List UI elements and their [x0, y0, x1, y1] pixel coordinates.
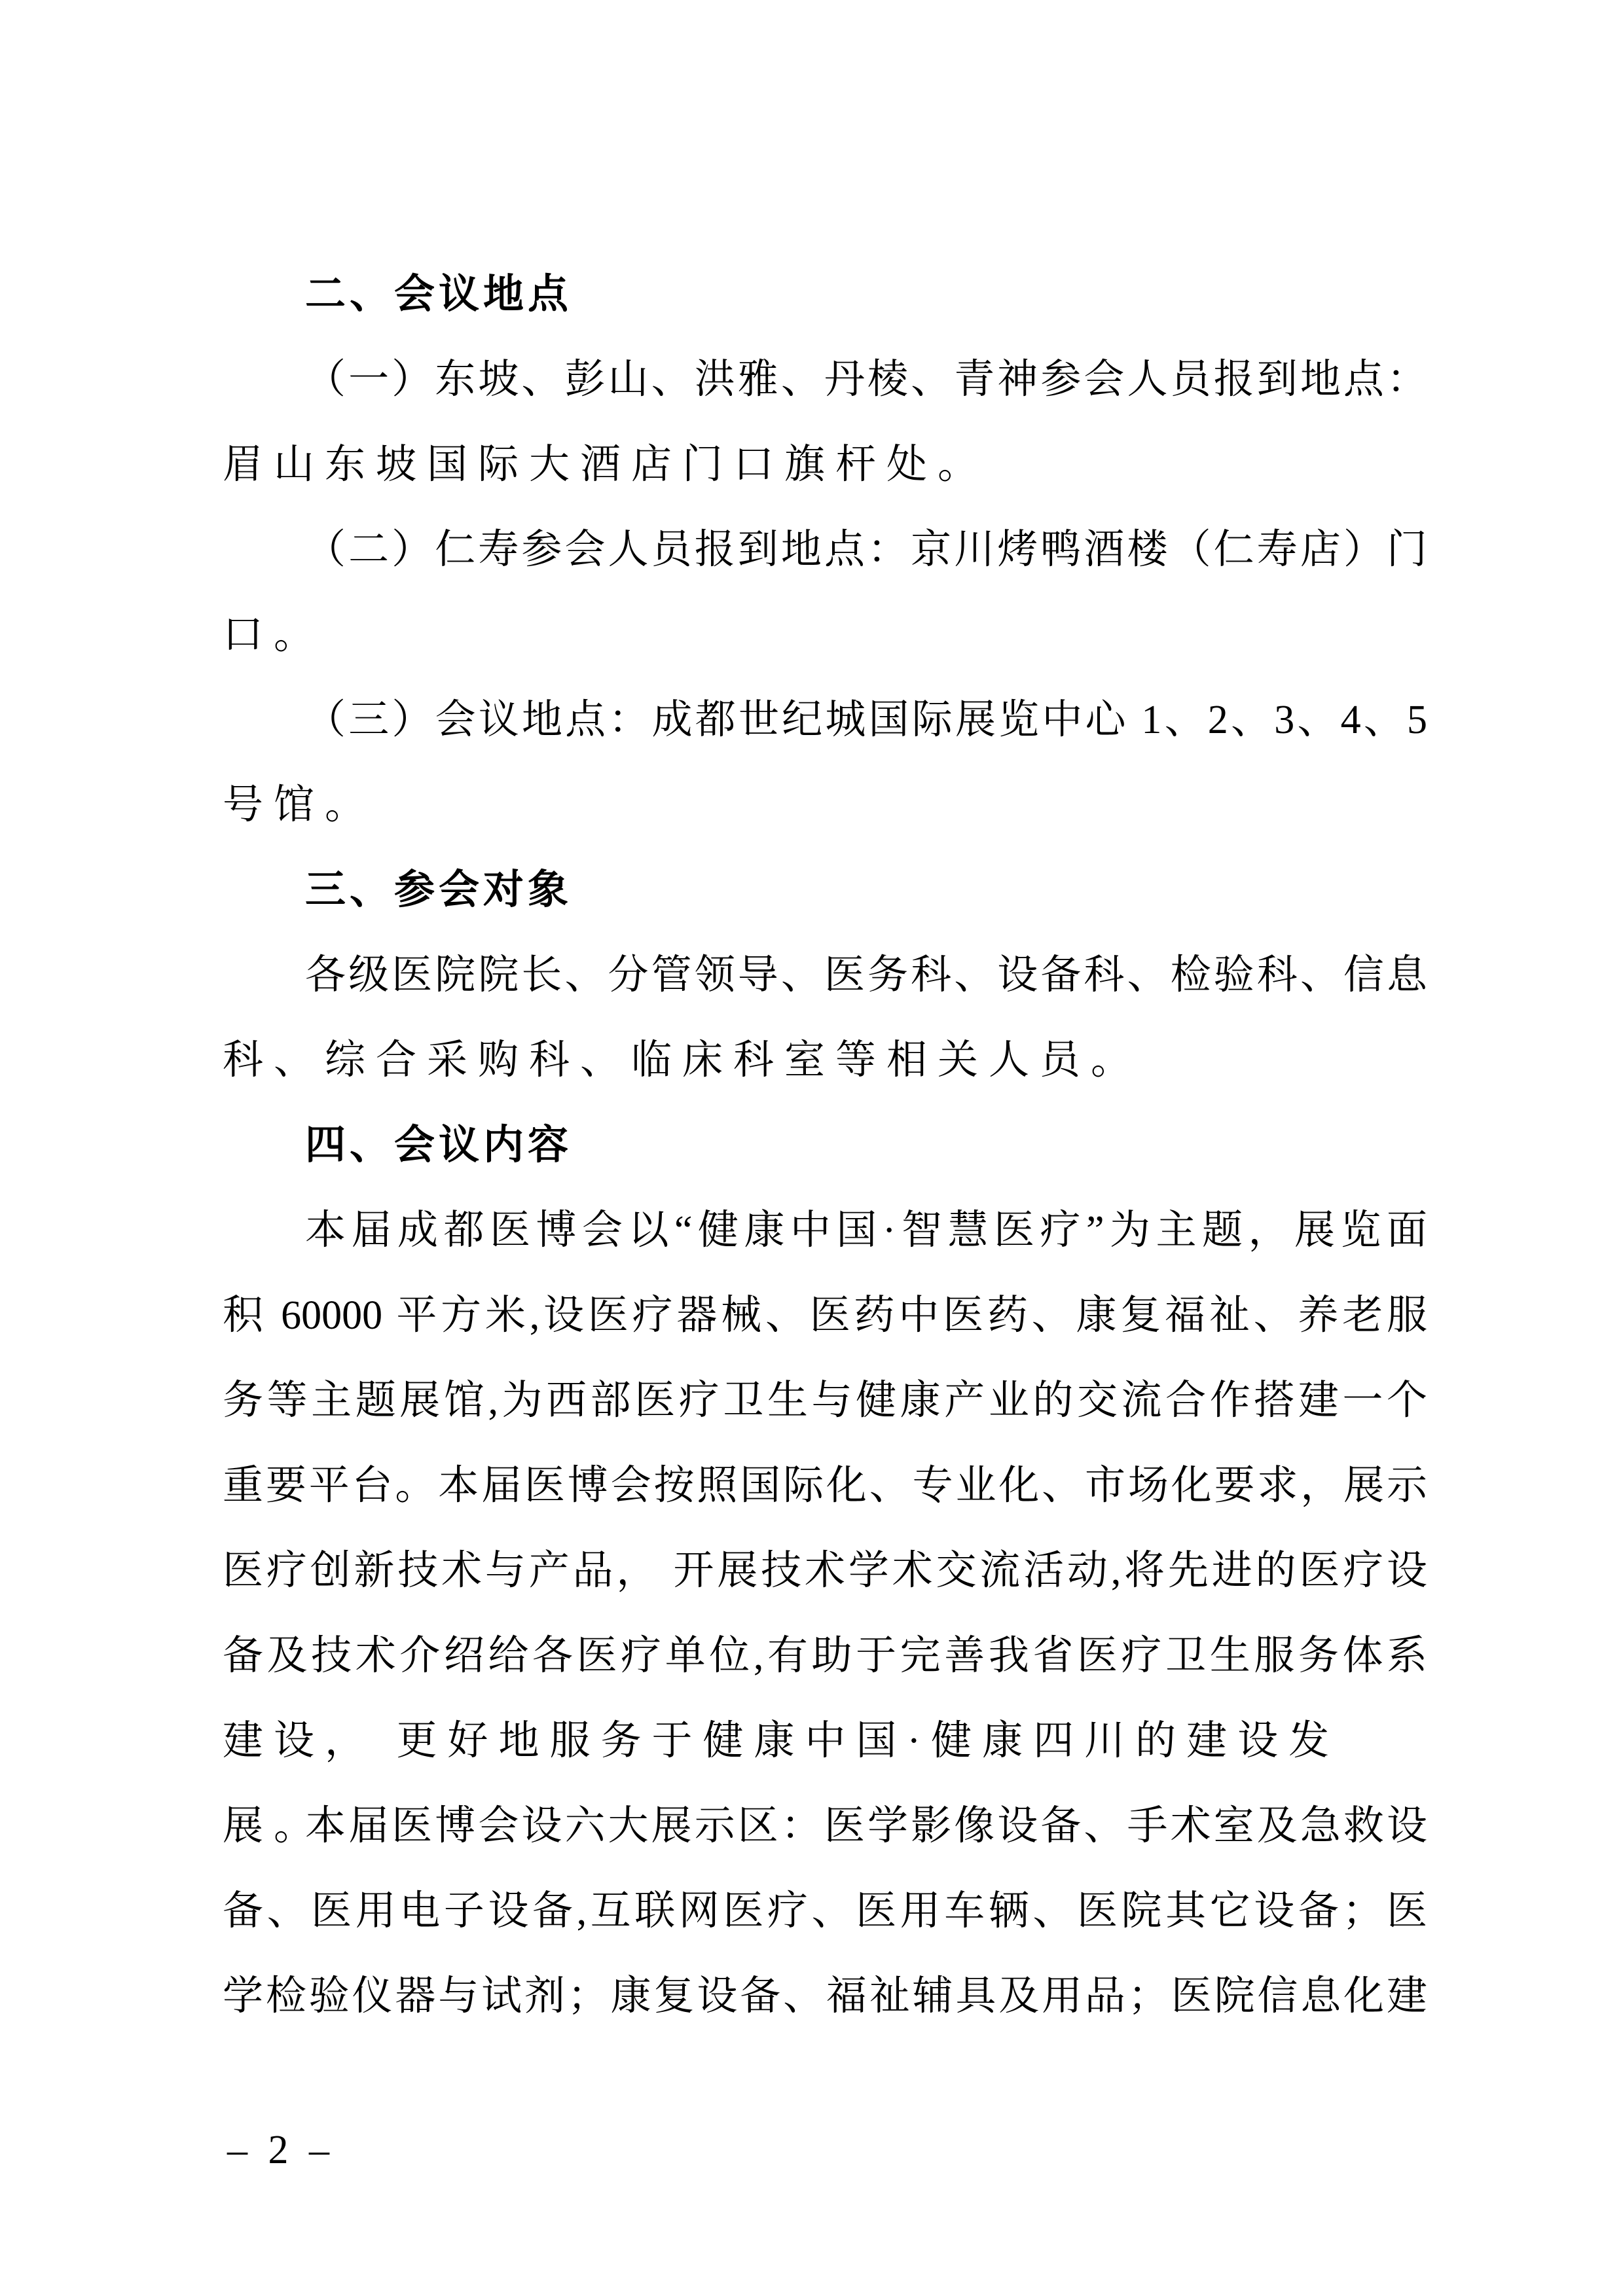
doc-line: 备、医用电子设备,互联网医疗、医用车辆、医院其它设备；医 — [223, 1869, 1427, 1954]
page-number: – 2 – — [227, 2121, 335, 2179]
doc-line: 建设， 更好地服务于健康中国·健康四川的建设发展。 — [223, 1698, 1427, 1784]
section-heading-attendees: 三、参会对象 — [223, 848, 1427, 933]
doc-line: （三）会议地点：成都世纪城国际展览中心 1、2、3、4、5 — [223, 677, 1427, 762]
section-heading-meeting-location: 二、会议地点 — [223, 252, 1427, 337]
doc-line: 口。 — [223, 592, 1427, 677]
doc-line: 重要平台。本届医博会按照国际化、专业化、市场化要求，展示 — [223, 1443, 1427, 1528]
document-body: 二、会议地点 （一）东坡、彭山、洪雅、丹棱、青神参会人员报到地点： 眉山东坡国际… — [223, 252, 1427, 2039]
doc-line: 医疗创新技术与产品， 开展技术学术交流活动,将先进的医疗设 — [223, 1528, 1427, 1613]
doc-line: 各级医院院长、分管领导、医务科、设备科、检验科、信息 — [223, 933, 1427, 1018]
doc-line: 备及技术介绍给各医疗单位,有助于完善我省医疗卫生服务体系 — [223, 1613, 1427, 1698]
doc-line: （二）仁寿参会人员报到地点：京川烤鸭酒楼（仁寿店）门 — [223, 507, 1427, 592]
doc-line: 本届医博会设六大展示区：医学影像设备、手术室及急救设 — [223, 1784, 1427, 1869]
doc-line: 积 60000 平方米,设医疗器械、医药中医药、康复福祉、养老服 — [223, 1273, 1427, 1358]
doc-line: 科、综合采购科、临床科室等相关人员。 — [223, 1018, 1427, 1103]
doc-line: 眉山东坡国际大酒店门口旗杆处。 — [223, 422, 1427, 507]
section-heading-meeting-content: 四、会议内容 — [223, 1103, 1427, 1188]
doc-line: 务等主题展馆,为西部医疗卫生与健康产业的交流合作搭建一个 — [223, 1358, 1427, 1443]
doc-line: 本届成都医博会以“健康中国·智慧医疗”为主题，展览面 — [223, 1188, 1427, 1273]
doc-line: （一）东坡、彭山、洪雅、丹棱、青神参会人员报到地点： — [223, 337, 1427, 422]
doc-line: 号馆。 — [223, 762, 1427, 848]
document-page: 二、会议地点 （一）东坡、彭山、洪雅、丹棱、青神参会人员报到地点： 眉山东坡国际… — [0, 0, 1623, 2296]
doc-line: 学检验仪器与试剂；康复设备、福祉辅具及用品；医院信息化建 — [223, 1954, 1427, 2039]
